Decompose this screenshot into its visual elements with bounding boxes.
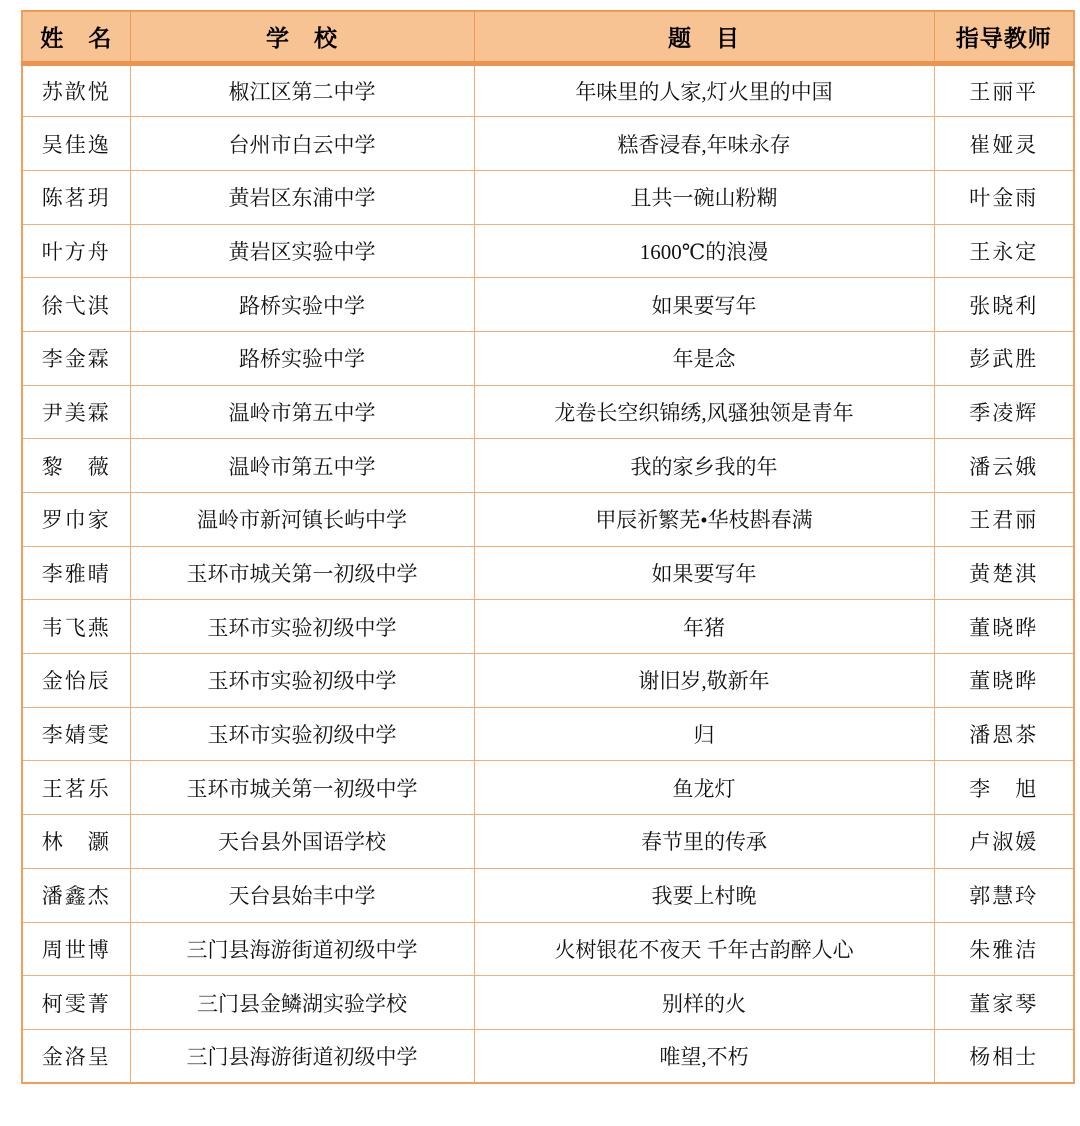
work-title-cell: 年是念 bbox=[474, 331, 934, 385]
student-name-cell: 王茗乐 bbox=[22, 761, 130, 815]
work-title-cell: 春节里的传承 bbox=[474, 815, 934, 869]
header-name: 姓 名 bbox=[22, 11, 130, 63]
work-title-cell: 1600℃的浪漫 bbox=[474, 224, 934, 278]
table-row: 周世博 三门县海游街道初级中学 火树银花不夜天 千年古韵醉人心 朱雅洁 bbox=[22, 922, 1074, 976]
header-teacher: 指导教师 bbox=[934, 11, 1074, 63]
student-name-cell: 陈茗玥 bbox=[22, 170, 130, 224]
teacher-name-cell: 叶金雨 bbox=[934, 170, 1074, 224]
work-title-cell: 如果要写年 bbox=[474, 278, 934, 332]
student-name-cell: 韦飞燕 bbox=[22, 600, 130, 654]
student-name-cell: 吴佳逸 bbox=[22, 117, 130, 171]
teacher-name-cell: 郭慧玲 bbox=[934, 868, 1074, 922]
school-cell: 黄岩区东浦中学 bbox=[130, 170, 474, 224]
student-name-cell: 尹美霖 bbox=[22, 385, 130, 439]
table-row: 李婧雯 玉环市实验初级中学 归 潘恩茶 bbox=[22, 707, 1074, 761]
school-cell: 天台县外国语学校 bbox=[130, 815, 474, 869]
teacher-name-cell: 崔娅灵 bbox=[934, 117, 1074, 171]
table-row: 徐弋淇 路桥实验中学 如果要写年 张晓利 bbox=[22, 278, 1074, 332]
header-title: 题 目 bbox=[474, 11, 934, 63]
work-title-cell: 年猪 bbox=[474, 600, 934, 654]
work-title-cell: 唯望,不朽 bbox=[474, 1029, 934, 1083]
work-title-cell: 糕香浸春,年味永存 bbox=[474, 117, 934, 171]
work-title-cell: 归 bbox=[474, 707, 934, 761]
school-cell: 三门县海游街道初级中学 bbox=[130, 922, 474, 976]
teacher-name-cell: 彭武胜 bbox=[934, 331, 1074, 385]
student-name-cell: 潘鑫杰 bbox=[22, 868, 130, 922]
school-cell: 玉环市实验初级中学 bbox=[130, 600, 474, 654]
teacher-name-cell: 黄楚淇 bbox=[934, 546, 1074, 600]
school-cell: 温岭市第五中学 bbox=[130, 439, 474, 493]
school-cell: 台州市白云中学 bbox=[130, 117, 474, 171]
student-name-cell: 罗巾家 bbox=[22, 493, 130, 547]
student-name-cell: 周世博 bbox=[22, 922, 130, 976]
work-title-cell: 龙卷长空织锦绣,风骚独领是青年 bbox=[474, 385, 934, 439]
table-row: 苏歆悦 椒江区第二中学 年味里的人家,灯火里的中国 王丽平 bbox=[22, 63, 1074, 117]
school-cell: 椒江区第二中学 bbox=[130, 63, 474, 117]
work-title-cell: 年味里的人家,灯火里的中国 bbox=[474, 63, 934, 117]
work-title-cell: 甲辰祈繁芜•华枝斟春满 bbox=[474, 493, 934, 547]
school-cell: 三门县金鳞湖实验学校 bbox=[130, 976, 474, 1030]
school-cell: 三门县海游街道初级中学 bbox=[130, 1029, 474, 1083]
teacher-name-cell: 王永定 bbox=[934, 224, 1074, 278]
teacher-name-cell: 潘云娥 bbox=[934, 439, 1074, 493]
teacher-name-cell: 董晓晔 bbox=[934, 654, 1074, 708]
student-name-cell: 金怡辰 bbox=[22, 654, 130, 708]
school-cell: 玉环市城关第一初级中学 bbox=[130, 546, 474, 600]
teacher-name-cell: 朱雅洁 bbox=[934, 922, 1074, 976]
school-cell: 温岭市第五中学 bbox=[130, 385, 474, 439]
student-name-cell: 林 灏 bbox=[22, 815, 130, 869]
table-row: 金怡辰 玉环市实验初级中学 谢旧岁,敬新年 董晓晔 bbox=[22, 654, 1074, 708]
teacher-name-cell: 王君丽 bbox=[934, 493, 1074, 547]
school-cell: 天台县始丰中学 bbox=[130, 868, 474, 922]
work-title-cell: 谢旧岁,敬新年 bbox=[474, 654, 934, 708]
table-row: 韦飞燕 玉环市实验初级中学 年猪 董晓晔 bbox=[22, 600, 1074, 654]
student-name-cell: 苏歆悦 bbox=[22, 63, 130, 117]
work-title-cell: 如果要写年 bbox=[474, 546, 934, 600]
table-row: 柯雯菁 三门县金鳞湖实验学校 别样的火 董家琴 bbox=[22, 976, 1074, 1030]
teacher-name-cell: 李 旭 bbox=[934, 761, 1074, 815]
school-cell: 路桥实验中学 bbox=[130, 331, 474, 385]
student-name-cell: 李婧雯 bbox=[22, 707, 130, 761]
header-school: 学 校 bbox=[130, 11, 474, 63]
table-row: 尹美霖 温岭市第五中学 龙卷长空织锦绣,风骚独领是青年 季凌辉 bbox=[22, 385, 1074, 439]
teacher-name-cell: 季凌辉 bbox=[934, 385, 1074, 439]
student-name-cell: 柯雯菁 bbox=[22, 976, 130, 1030]
teacher-name-cell: 王丽平 bbox=[934, 63, 1074, 117]
work-title-cell: 火树银花不夜天 千年古韵醉人心 bbox=[474, 922, 934, 976]
work-title-cell: 鱼龙灯 bbox=[474, 761, 934, 815]
table-row: 王茗乐 玉环市城关第一初级中学 鱼龙灯 李 旭 bbox=[22, 761, 1074, 815]
work-title-cell: 我的家乡我的年 bbox=[474, 439, 934, 493]
teacher-name-cell: 董晓晔 bbox=[934, 600, 1074, 654]
table-header-row: 姓 名 学 校 题 目 指导教师 bbox=[22, 11, 1074, 63]
school-cell: 黄岩区实验中学 bbox=[130, 224, 474, 278]
table-row: 黎 薇 温岭市第五中学 我的家乡我的年 潘云娥 bbox=[22, 439, 1074, 493]
table-row: 李金霖 路桥实验中学 年是念 彭武胜 bbox=[22, 331, 1074, 385]
school-cell: 玉环市实验初级中学 bbox=[130, 654, 474, 708]
work-title-cell: 别样的火 bbox=[474, 976, 934, 1030]
student-name-cell: 叶方舟 bbox=[22, 224, 130, 278]
student-name-cell: 金洛呈 bbox=[22, 1029, 130, 1083]
table-row: 金洛呈 三门县海游街道初级中学 唯望,不朽 杨相士 bbox=[22, 1029, 1074, 1083]
teacher-name-cell: 卢淑媛 bbox=[934, 815, 1074, 869]
school-cell: 玉环市城关第一初级中学 bbox=[130, 761, 474, 815]
school-cell: 路桥实验中学 bbox=[130, 278, 474, 332]
student-name-cell: 徐弋淇 bbox=[22, 278, 130, 332]
award-list-table: 姓 名 学 校 题 目 指导教师 苏歆悦 椒江区第二中学 年味里的人家,灯火里的… bbox=[21, 10, 1075, 1084]
table-row: 陈茗玥 黄岩区东浦中学 且共一碗山粉糊 叶金雨 bbox=[22, 170, 1074, 224]
teacher-name-cell: 张晓利 bbox=[934, 278, 1074, 332]
table-row: 李雅晴 玉环市城关第一初级中学 如果要写年 黄楚淇 bbox=[22, 546, 1074, 600]
school-cell: 温岭市新河镇长屿中学 bbox=[130, 493, 474, 547]
student-name-cell: 李雅晴 bbox=[22, 546, 130, 600]
table-row: 林 灏 天台县外国语学校 春节里的传承 卢淑媛 bbox=[22, 815, 1074, 869]
table-row: 叶方舟 黄岩区实验中学 1600℃的浪漫 王永定 bbox=[22, 224, 1074, 278]
table-body: 苏歆悦 椒江区第二中学 年味里的人家,灯火里的中国 王丽平 吴佳逸 台州市白云中… bbox=[22, 63, 1074, 1083]
teacher-name-cell: 董家琴 bbox=[934, 976, 1074, 1030]
teacher-name-cell: 杨相士 bbox=[934, 1029, 1074, 1083]
table-row: 吴佳逸 台州市白云中学 糕香浸春,年味永存 崔娅灵 bbox=[22, 117, 1074, 171]
teacher-name-cell: 潘恩茶 bbox=[934, 707, 1074, 761]
table-row: 罗巾家 温岭市新河镇长屿中学 甲辰祈繁芜•华枝斟春满 王君丽 bbox=[22, 493, 1074, 547]
school-cell: 玉环市实验初级中学 bbox=[130, 707, 474, 761]
table-row: 潘鑫杰 天台县始丰中学 我要上村晚 郭慧玲 bbox=[22, 868, 1074, 922]
work-title-cell: 且共一碗山粉糊 bbox=[474, 170, 934, 224]
student-name-cell: 李金霖 bbox=[22, 331, 130, 385]
student-name-cell: 黎 薇 bbox=[22, 439, 130, 493]
work-title-cell: 我要上村晚 bbox=[474, 868, 934, 922]
